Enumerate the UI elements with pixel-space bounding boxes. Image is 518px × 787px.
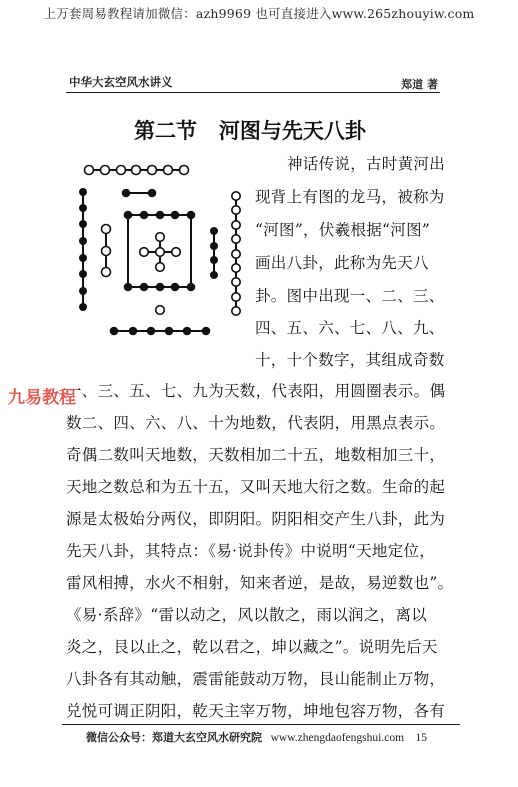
body-line: 数二、四、六、八、十为地数，代表阴，用黑点表示。 xyxy=(66,413,445,433)
footer-website: www.zhengdaofengshui.com xyxy=(271,732,404,744)
body-line: 神话传说，古时黄河出 xyxy=(287,154,445,174)
body-line: 《易·系辞》“雷以动之，风以散之，雨以润之，离以 xyxy=(66,605,427,625)
body-line: 天地之数总和为五十五，又叫天地大衍之数。生命的起 xyxy=(66,477,445,497)
body-line: 画出八卦，此称为先天八 xyxy=(255,253,429,273)
section-title: 第二节 河图与先天八卦 xyxy=(134,115,366,145)
body-line: 十，十个数字，其组成奇数 xyxy=(255,350,445,370)
watermark-banner: 上万套周易教程请加微信：azh9969 也可直接进入www.265zhouyiw… xyxy=(0,4,518,22)
page-number: 15 xyxy=(416,732,428,744)
body-line: 雷风相搏，水火不相射，知来者逆，是故，易逆数也”。 xyxy=(66,573,453,593)
author-name: 郑道 著 xyxy=(401,76,438,92)
book-title: 中华大玄空风水讲义 xyxy=(69,74,173,90)
top-seven-circles xyxy=(85,166,189,175)
page-footer: 微信公众号：郑道大玄空风水研究院 www.zhengdaofengshui.co… xyxy=(86,729,427,745)
body-line: 先天八卦，其特点：《易·说卦传》中说明“天地定位， xyxy=(66,541,435,561)
body-line: 卦。图中出现一、二、三、 xyxy=(255,286,445,306)
body-line: 四、五、六、七、八、九、 xyxy=(255,318,445,338)
body-line: 八卦各有其动触，震雷能鼓动万物，艮山能制止万物， xyxy=(66,669,445,689)
running-header: 中华大玄空风水讲义 郑道 著 xyxy=(66,74,440,93)
body-line: 兑悦可调正阴阳，乾天主宰万物，坤地包容万物，各有 xyxy=(66,701,445,721)
hetu-diagram xyxy=(66,152,246,342)
body-line: 一、三、五、七、九为天数，代表阳，用圆圈表示。偶 xyxy=(66,381,445,401)
body-line: 现背上有图的龙马，被称为 xyxy=(255,187,445,207)
body-line: “河图”，伏羲根据“河图” xyxy=(255,220,430,240)
watermark-stamp: 九易教程 xyxy=(8,383,76,408)
body-line: 炎之，艮以止之，乾以君之，坤以藏之”。说明先后天 xyxy=(66,637,438,657)
body-line: 奇偶二数叫天地数，天数相加二十五，地数相加三十， xyxy=(66,445,445,465)
footer-divider xyxy=(62,724,460,725)
footer-wechat: 微信公众号：郑道大玄空风水研究院 xyxy=(86,731,262,744)
body-line: 源是太极始分两仪，即阴阳。阴阳相交产生八卦，此为 xyxy=(66,509,445,529)
